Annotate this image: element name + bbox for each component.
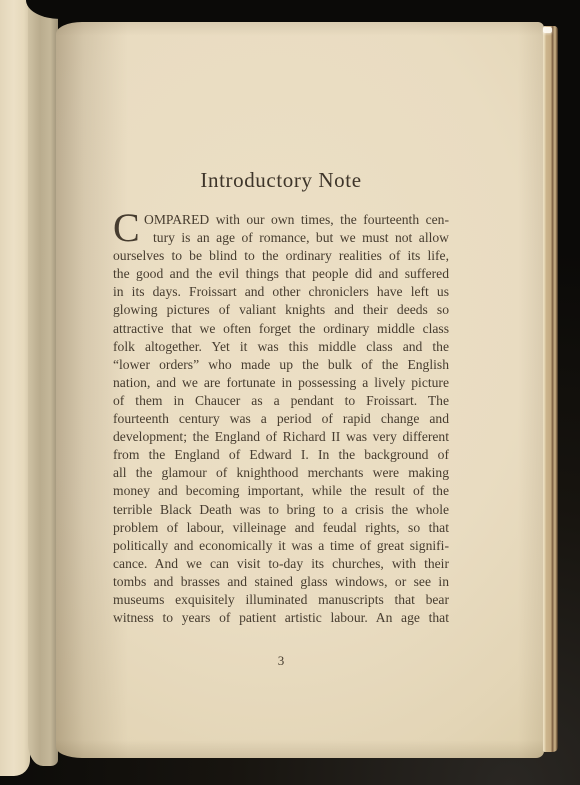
gutter-fold [28,0,58,766]
drop-cap: C [113,208,140,248]
text-line: tombs and brasses and stained glass wind… [113,573,449,591]
text-line: the good and the evil things that people… [113,265,449,283]
text-line: “lower orders” who made up the bulk of t… [113,356,449,374]
text-line: problem of labour, villeinage and feudal… [113,519,449,537]
text-line: folk altogether. Yet it was this middle … [113,338,449,356]
text-line: from the England of Edward I. In the bac… [113,446,449,464]
text-line: museums exquisitely illuminated manuscri… [113,591,449,609]
text-line: in its days. Froissart and other chronic… [113,283,449,301]
text-line: OMPARED with our own times, the fourteen… [113,211,449,229]
text-line: of them in Chaucer as a pendant to Frois… [113,392,449,410]
text-line: ourselves to be blind to the ordinary re… [113,247,449,265]
text-line: terrible Black Death was to bring to a c… [113,501,449,519]
text-line: tury is an age of romance, but we must n… [113,229,449,247]
page-fore-edge [543,26,558,752]
book-page: Introductory Note C OMPARED with our own… [56,22,544,758]
text-line: development; the England of Richard II w… [113,428,449,446]
book-photo: Introductory Note C OMPARED with our own… [0,0,580,785]
previous-page-edge [0,0,30,776]
text-line: glowing pictures of valiant knights and … [113,301,449,319]
text-line: politically and economically it was a ti… [113,537,449,555]
text-line: money and becoming important, while the … [113,482,449,500]
text-line: witness to years of patient artistic lab… [113,609,449,627]
text-line: fourteenth century was a period of rapid… [113,410,449,428]
text-line: attractive that we often forget the ordi… [113,320,449,338]
text-line: cance. And we can visit to-day its churc… [113,555,449,573]
text-line: nation, and we are fortunate in possessi… [113,374,449,392]
text-line: all the glamour of knighthood merchants … [113,464,449,482]
body-text: C OMPARED with our own times, the fourte… [113,211,449,627]
page-number: 3 [113,653,449,669]
page-title: Introductory Note [113,168,449,193]
text-lines: OMPARED with our own times, the fourteen… [113,211,449,627]
